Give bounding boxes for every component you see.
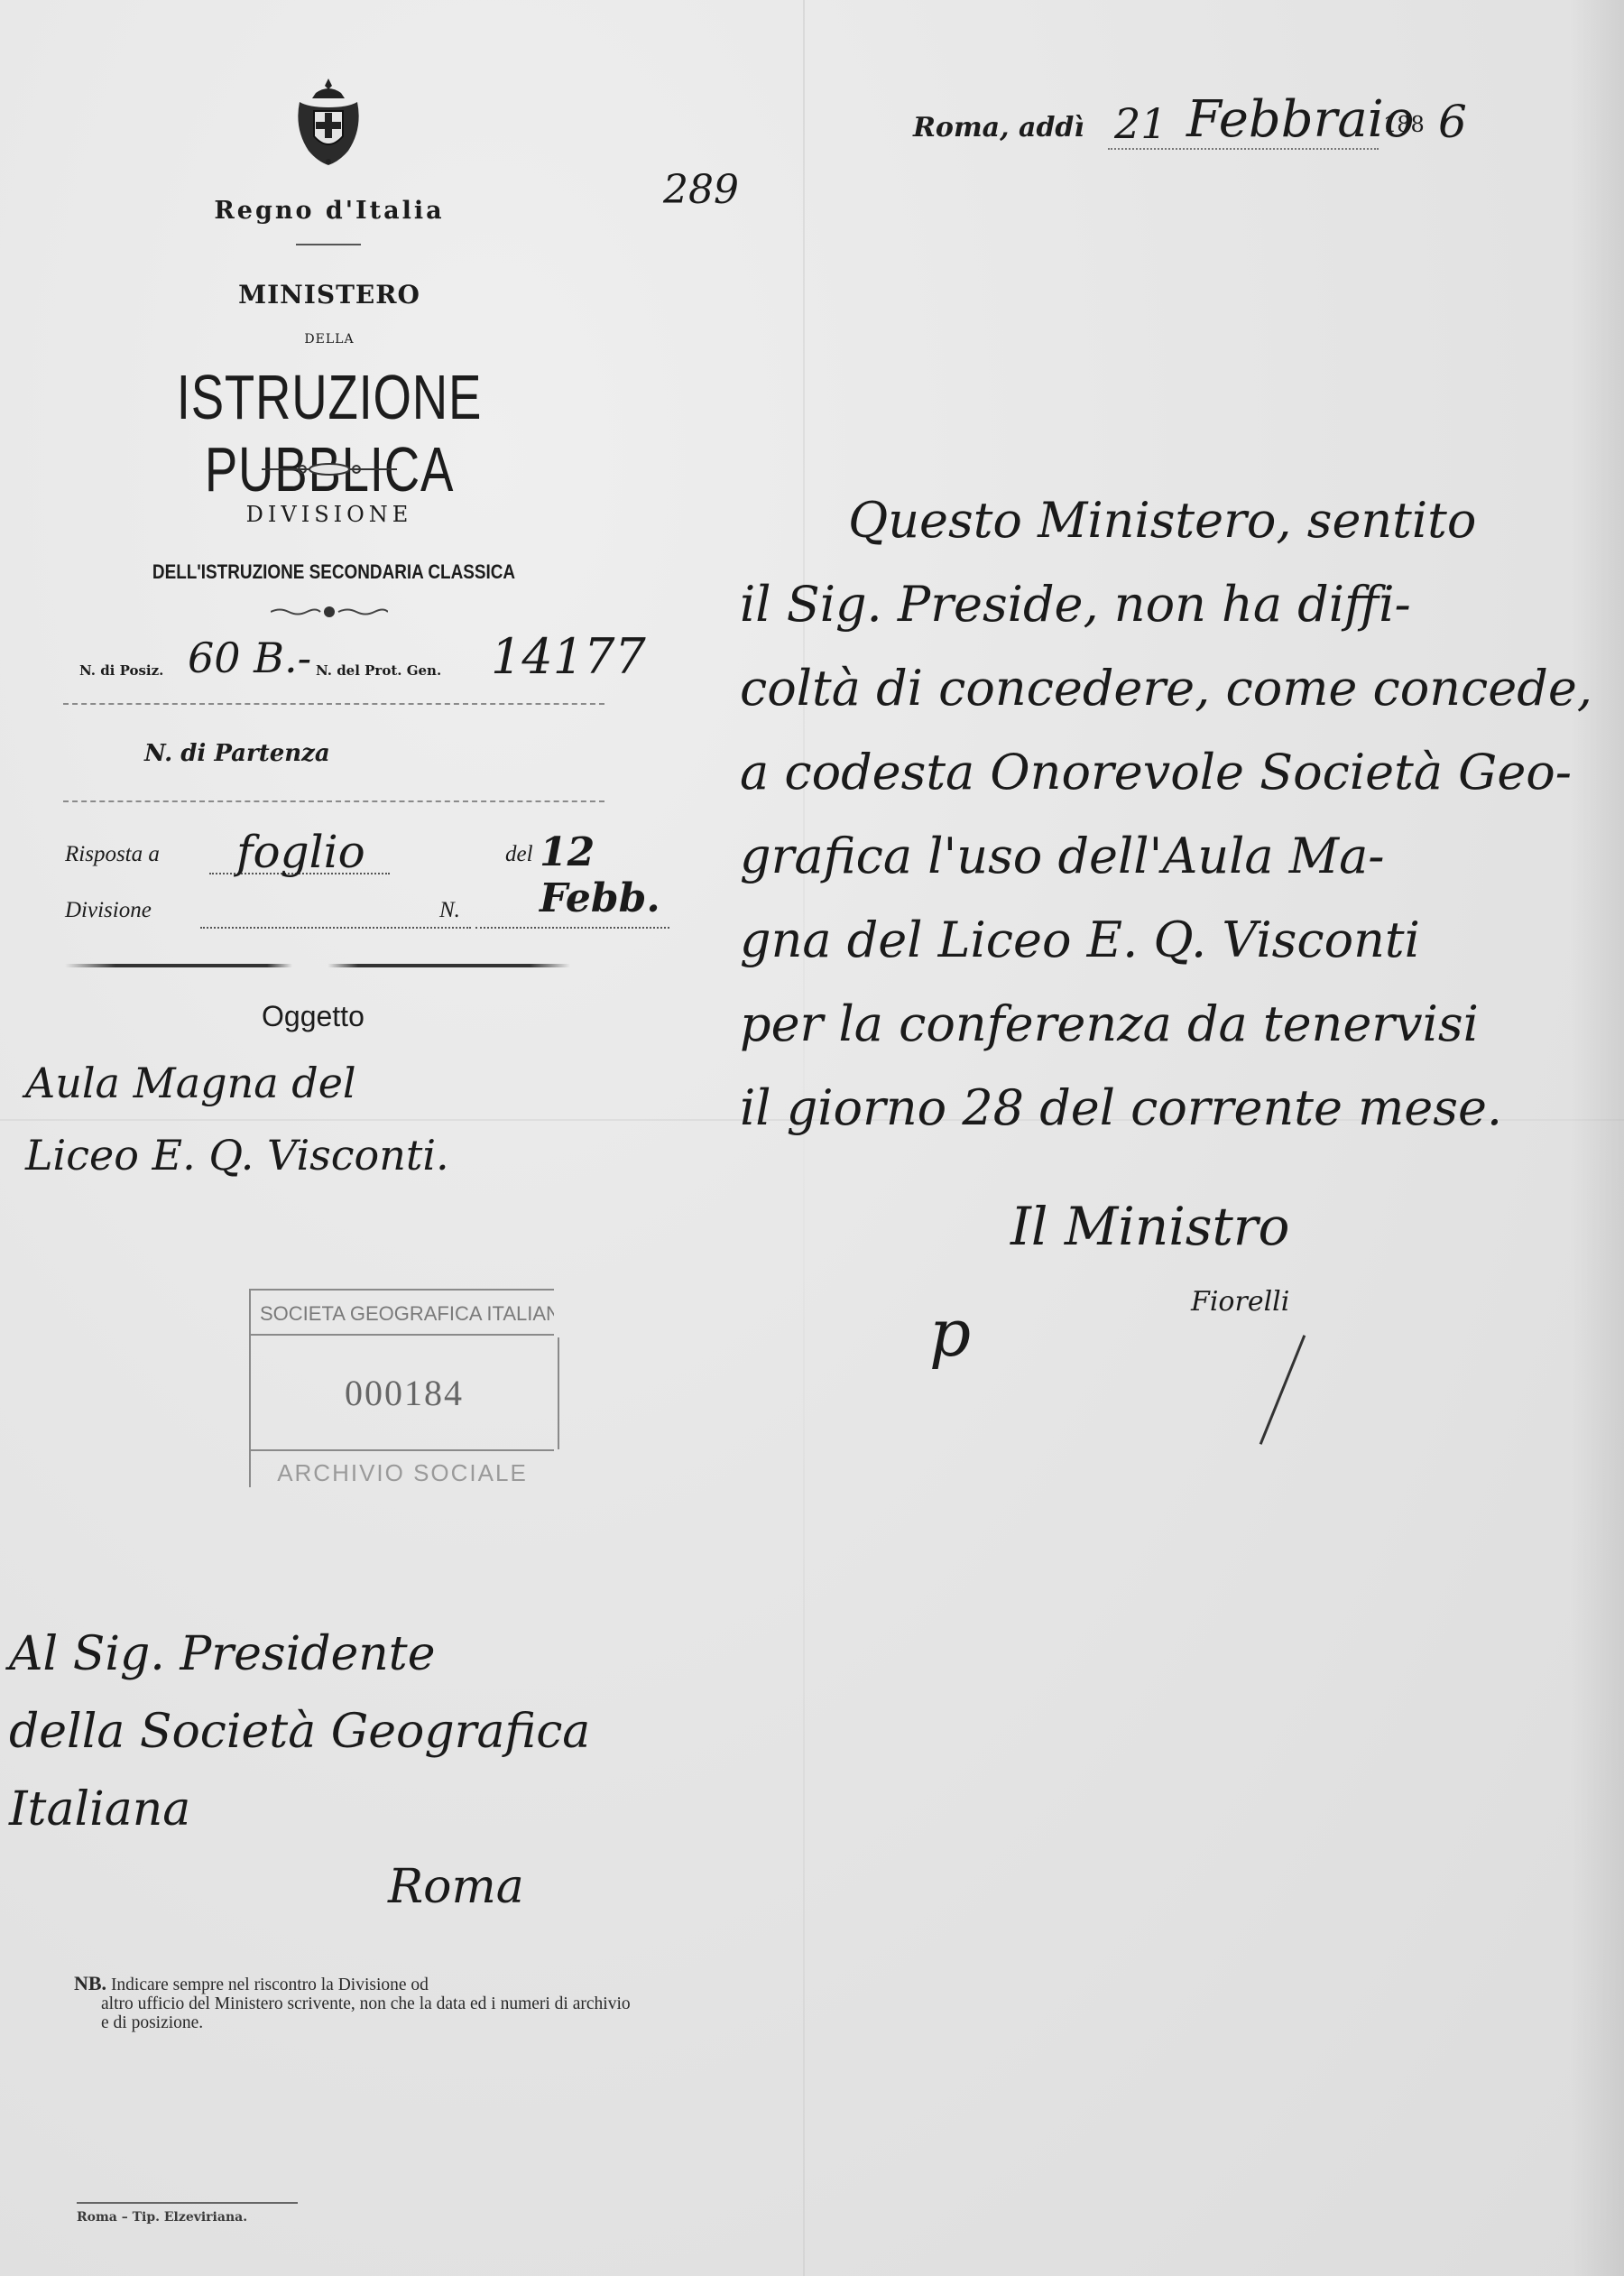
footnote: NB. Indicare sempre nel riscontro la Div…	[74, 1974, 633, 2032]
posiz-label: N. di Posiz.	[79, 662, 163, 679]
ministry-heading: MINISTERO	[135, 280, 523, 310]
stamp-footer: ARCHIVIO SOCIALE	[251, 1449, 554, 1489]
reference-numbers-row: N. di Posiz. 60 B.- N. del Prot. Gen. 14…	[79, 641, 693, 704]
body-line: per la conferenza da tenervisi	[740, 982, 1606, 1066]
subject-label: Oggetto	[262, 1000, 364, 1033]
divider	[296, 244, 361, 245]
stamp-header: SOCIETA GEOGRAFICA ITALIANA	[251, 1289, 554, 1336]
date-year-handwritten: 6	[1438, 96, 1467, 148]
ministry-of-label: DELLA	[135, 332, 523, 347]
divider	[63, 798, 604, 802]
letter-body: Questo Ministero, sentito il Sig. Presid…	[740, 478, 1606, 1150]
addressee-line: Italiana	[9, 1771, 749, 1848]
body-line: gna del Liceo E. Q. Visconti	[740, 898, 1606, 982]
body-line: Questo Ministero, sentito	[740, 478, 1606, 562]
footnote-prefix: NB.	[74, 1972, 106, 1994]
subject-text: Aula Magna del Liceo E. Q. Visconti.	[25, 1047, 639, 1191]
posiz-value: 60 B.-	[188, 634, 311, 682]
date-month: Febbraio	[1186, 90, 1414, 149]
date-year-printed: 188	[1383, 112, 1425, 137]
signature-block: Il Ministro p Fiorelli	[1010, 1196, 1516, 1257]
signature-name: Fiorelli	[1191, 1286, 1289, 1318]
archive-stamp: SOCIETA GEOGRAFICA ITALIANA 000184 ARCHI…	[249, 1289, 554, 1487]
n-field-line	[475, 925, 669, 929]
divider	[77, 2202, 298, 2204]
stamp-number: 000184	[251, 1337, 559, 1449]
del-label: del	[505, 842, 533, 867]
body-line: il giorno 28 del corrente mese.	[740, 1066, 1606, 1150]
ministry-name: ISTRUZIONE PUBBLICA	[107, 361, 550, 505]
dateline: Roma, addì 21 Febbraio 188 6	[911, 90, 1543, 162]
division-label: DIVISIONE	[135, 502, 523, 527]
divisione-field-line	[200, 925, 471, 929]
coat-of-arms-icon	[291, 77, 366, 167]
kingdom-heading: Regno d'Italia	[135, 197, 523, 225]
signature-flourish-icon	[1260, 1335, 1306, 1445]
divisione-row: Divisione N.	[65, 898, 715, 943]
partenza-label: N. di Partenza	[144, 740, 330, 767]
n-label: N.	[439, 898, 460, 923]
ornament-divider-small-icon	[271, 605, 388, 617]
footnote-text-rest: altro ufficio del Ministero scrivente, n…	[74, 1994, 633, 2032]
prot-label: N. del Prot. Gen.	[316, 662, 441, 679]
body-line: coltà di concedere, come concede,	[740, 646, 1606, 730]
addressee-block: Al Sig. Presidente della Società Geograf…	[9, 1615, 749, 1926]
addressee-city: Roma	[9, 1848, 749, 1926]
addressee-line: della Società Geografica	[9, 1693, 749, 1771]
footnote-text-first: Indicare sempre nel riscontro la Divisio…	[111, 1975, 429, 1994]
printer-imprint: Roma – Tip. Elzeviriana.	[77, 2210, 247, 2225]
signature-per: p	[929, 1295, 971, 1371]
date-day: 21	[1114, 99, 1167, 148]
body-line: a codesta Onorevole Società Geo-	[740, 730, 1606, 814]
subject-line: Liceo E. Q. Visconti.	[25, 1119, 639, 1191]
ornament-divider-icon	[262, 462, 397, 476]
prot-value: 14177	[491, 628, 646, 685]
division-name: DELL'ISTRUZIONE SECONDARIA CLASSICA	[93, 560, 574, 584]
risposta-value: foglio	[236, 826, 365, 878]
divisione-field-label: Divisione	[65, 898, 152, 923]
body-line: il Sig. Preside, non ha diffi-	[740, 562, 1606, 646]
dateline-prefix: Roma, addì	[913, 112, 1084, 143]
signature-title: Il Ministro	[1010, 1196, 1289, 1257]
body-line: grafica l'uso dell'Aula Ma-	[740, 814, 1606, 898]
divider	[65, 964, 570, 967]
archive-number: 289	[663, 167, 739, 213]
risposta-label: Risposta a	[65, 842, 160, 867]
divider	[63, 700, 604, 705]
subject-line: Aula Magna del	[25, 1047, 639, 1119]
risposta-row: Risposta a foglio del 12 Febb.	[65, 835, 715, 880]
addressee-line: Al Sig. Presidente	[9, 1615, 749, 1693]
